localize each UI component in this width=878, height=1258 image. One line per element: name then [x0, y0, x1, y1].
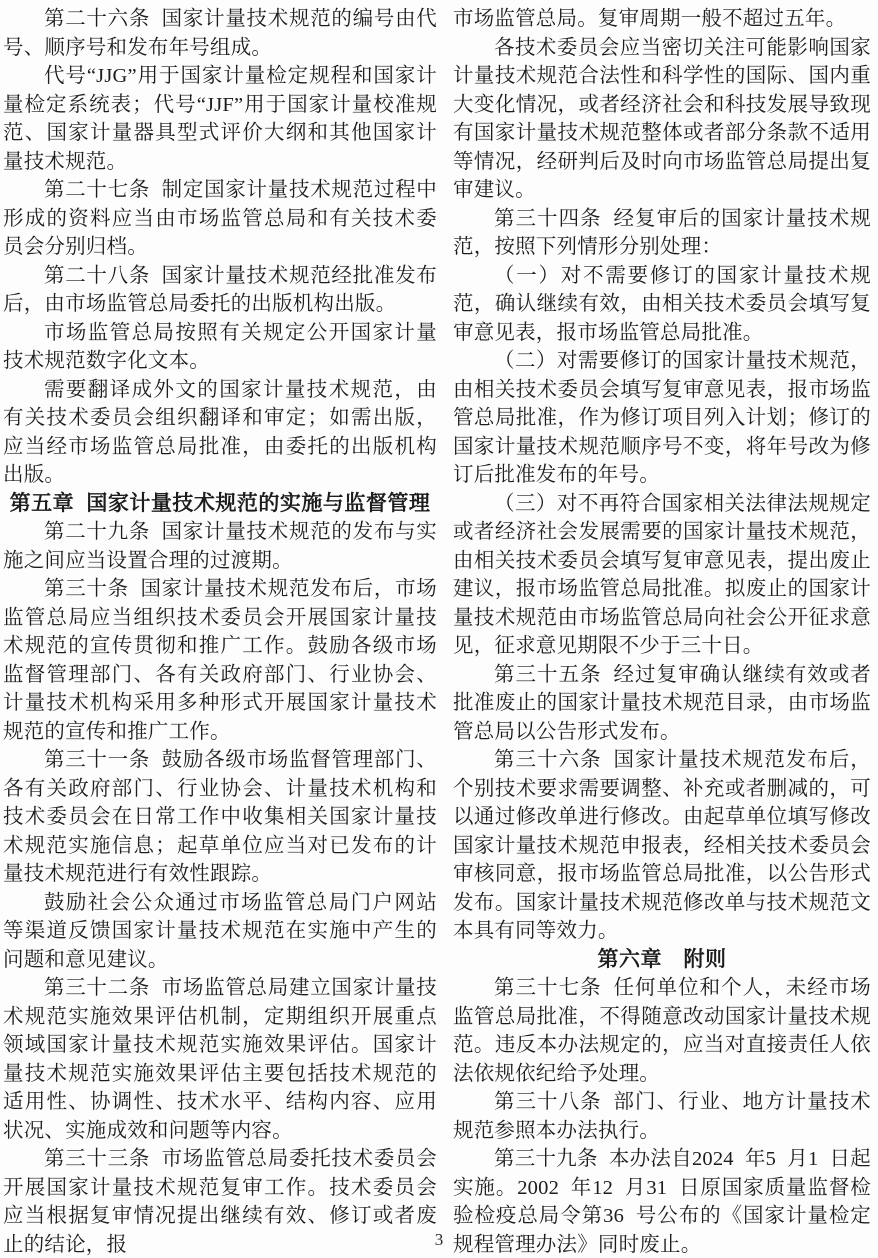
body-paragraph: 第二十八条 国家计量技术规范经批准发布后，由市场监管总局委托的出版机构出版。 [3, 262, 437, 319]
page-footer: 3 [0, 1230, 878, 1250]
body-paragraph: 第三十四条 经复审后的国家计量技术规范，按照下列情形分别处理： [453, 205, 871, 262]
body-paragraph: 代号“JJG”用于国家计量检定规程和国家计量检定系统表；代号“JJF”用于国家计… [3, 62, 437, 176]
body-paragraph: （三）对不再符合国家相关法律法规规定或者经济社会发展需要的国家计量技术规范，由相… [453, 490, 871, 661]
chapter-heading: 第六章 附则 [453, 946, 871, 975]
body-paragraph: 第二十六条 国家计量技术规范的编号由代号、顺序号和发布年号组成。 [3, 5, 437, 62]
left-column: 第二十六条 国家计量技术规范的编号由代号、顺序号和发布年号组成。代号“JJG”用… [3, 5, 437, 1258]
body-paragraph: （二）对需要修订的国家计量技术规范，由相关技术委员会填写复审意见表，报市场监管总… [453, 347, 871, 490]
body-paragraph: （一）对不需要修订的国家计量技术规范，确认继续有效，由相关技术委员会填写复审意见… [453, 262, 871, 348]
document-page: 第二十六条 国家计量技术规范的编号由代号、顺序号和发布年号组成。代号“JJG”用… [0, 0, 878, 1258]
body-paragraph: 第三十五条 经过复审确认继续有效或者批准废止的国家计量技术规范目录，由市场监管总… [453, 661, 871, 747]
body-paragraph: 第三十八条 部门、行业、地方计量技术规范参照本办法执行。 [453, 1088, 871, 1145]
body-paragraph: 第二十九条 国家计量技术规范的发布与实施之间应当设置合理的过渡期。 [3, 518, 437, 575]
body-paragraph: 需要翻译成外文的国家计量技术规范，由有关技术委员会组织翻译和审定；如需出版，应当… [3, 376, 437, 490]
right-column: 市场监管总局。复审周期一般不超过五年。各技术委员会应当密切关注可能影响国家计量技… [453, 5, 871, 1258]
page-body: 第二十六条 国家计量技术规范的编号由代号、顺序号和发布年号组成。代号“JJG”用… [0, 0, 878, 1258]
body-paragraph: 第三十七条 任何单位和个人，未经市场监管总局批准，不得随意改动国家计量技术规范。… [453, 974, 871, 1088]
chapter-heading: 第五章 国家计量技术规范的实施与监督管理 [3, 490, 437, 519]
body-paragraph: 第三十二条 市场监管总局建立国家计量技术规范实施效果评估机制，定期组织开展重点领… [3, 974, 437, 1145]
page-number: 3 [435, 1230, 444, 1249]
body-paragraph: 第三十一条 鼓励各级市场监督管理部门、各有关政府部门、行业协会、计量技术机构和技… [3, 746, 437, 889]
body-paragraph: 市场监管总局。复审周期一般不超过五年。 [453, 5, 871, 34]
body-paragraph: 第二十七条 制定国家计量技术规范过程中形成的资料应当由市场监管总局和有关技术委员… [3, 176, 437, 262]
body-paragraph: 各技术委员会应当密切关注可能影响国家计量技术规范合法性和科学性的国际、国内重大变… [453, 34, 871, 205]
body-paragraph: 第三十条 国家计量技术规范发布后，市场监管总局应当组织技术委员会开展国家计量技术… [3, 575, 437, 746]
body-paragraph: 第三十六条 国家计量技术规范发布后，个别技术要求需要调整、补充或者删减的，可以通… [453, 746, 871, 946]
body-paragraph: 鼓励社会公众通过市场监管总局门户网站等渠道反馈国家计量技术规范在实施中产生的问题… [3, 889, 437, 975]
body-paragraph: 市场监管总局按照有关规定公开国家计量技术规范数字化文本。 [3, 319, 437, 376]
